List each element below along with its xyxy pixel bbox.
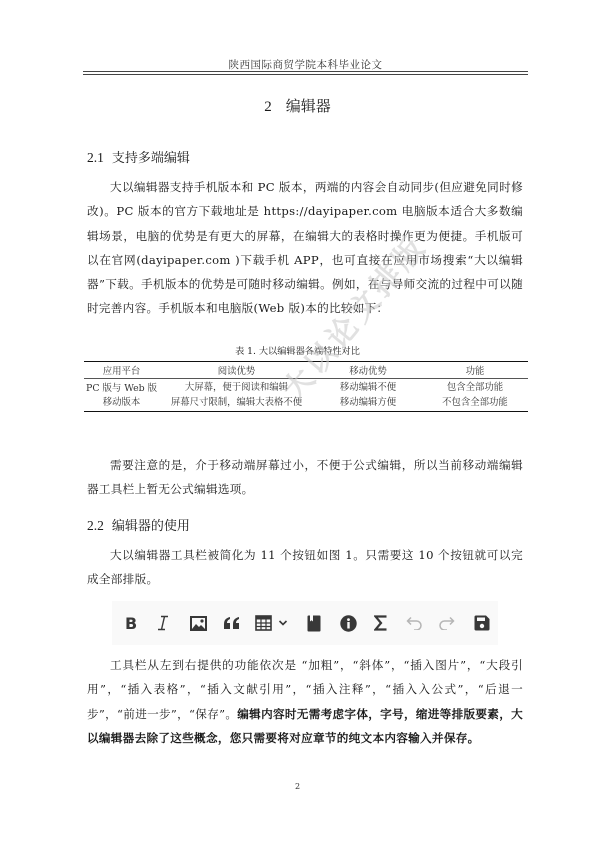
blockquote-button[interactable]	[219, 601, 245, 645]
quote-icon	[224, 617, 240, 629]
save-button[interactable]	[469, 601, 495, 645]
italic-icon	[156, 615, 170, 631]
table-cell: 不包含全部功能	[422, 396, 528, 412]
redo-button[interactable]	[433, 601, 459, 645]
svg-text:B: B	[125, 615, 137, 631]
table-cell: 大屏幕，便于阅读和编辑	[159, 379, 314, 397]
table-header-cell: 应用平台	[84, 362, 159, 379]
paragraph-toolbar-intro: 大以编辑器工具栏被简化为 11 个按钮如图 1。只需要这 10 个按钮就可以完成…	[87, 543, 523, 592]
table-cell: 移动编辑方便	[314, 396, 422, 412]
header-rule	[83, 71, 528, 75]
section-title-2-2: 2.2编辑器的使用	[87, 515, 190, 534]
info-icon	[340, 615, 357, 632]
table-icon	[255, 615, 272, 631]
table-cell: 屏幕尺寸限制，编辑大表格不便	[159, 396, 314, 412]
insert-table-button[interactable]	[251, 601, 291, 645]
table-row: PC 版与 Web 版 大屏幕，便于阅读和编辑 移动编辑不便 包含全部功能	[84, 379, 528, 397]
table-cell: PC 版与 Web 版	[84, 379, 159, 397]
section-number: 2.2	[87, 518, 104, 533]
sigma-icon	[374, 615, 388, 631]
table-header-cell: 功能	[422, 362, 528, 379]
chevron-down-icon	[278, 619, 288, 627]
table-cell: 移动版本	[84, 396, 159, 412]
table-header-row: 应用平台 阅读优势 移动优势 功能	[84, 362, 528, 379]
insert-formula-button[interactable]	[368, 601, 394, 645]
bold-button[interactable]: B	[118, 601, 144, 645]
editor-toolbar: B	[112, 601, 498, 645]
book-icon	[307, 615, 321, 632]
chapter-heading: 编辑器	[286, 97, 331, 115]
insert-note-button[interactable]	[335, 601, 361, 645]
bold-icon: B	[124, 615, 138, 631]
section-number: 2.1	[87, 150, 104, 165]
redo-icon	[438, 616, 455, 630]
paragraph-multi-device: 大以编辑器支持手机版本和 PC 版本，两端的内容会自动同步(但应避免同时修改)。…	[87, 175, 523, 321]
table-row: 移动版本 屏幕尺寸限制，编辑大表格不便 移动编辑方便 不包含全部功能	[84, 396, 528, 412]
section-title-2-1: 2.1支持多端编辑	[87, 147, 190, 166]
save-icon	[474, 615, 490, 631]
document-page: 陕西国际商贸学院本科毕业论文 2编辑器 2.1支持多端编辑 大以编辑器支持手机版…	[0, 0, 595, 842]
table-caption: 表 1. 大以编辑器各端特性对比	[0, 343, 595, 357]
section-heading: 支持多端编辑	[112, 151, 190, 166]
undo-button[interactable]	[401, 601, 427, 645]
italic-button[interactable]	[150, 601, 176, 645]
chapter-number: 2	[264, 99, 272, 115]
undo-icon	[406, 616, 423, 630]
table-header-cell: 阅读优势	[159, 362, 314, 379]
insert-image-button[interactable]	[185, 601, 211, 645]
running-header: 陕西国际商贸学院本科毕业论文	[83, 57, 528, 72]
section-heading: 编辑器的使用	[112, 519, 190, 534]
comparison-table: 应用平台 阅读优势 移动优势 功能 PC 版与 Web 版 大屏幕，便于阅读和编…	[84, 361, 528, 412]
table-cell: 包含全部功能	[422, 379, 528, 397]
page-number: 2	[0, 782, 595, 791]
table-header-cell: 移动优势	[314, 362, 422, 379]
insert-citation-button[interactable]	[301, 601, 327, 645]
table-cell: 移动编辑不便	[314, 379, 422, 397]
paragraph-mobile-note: 需要注意的是，介于移动端屏幕过小，不便于公式编辑，所以当前移动端编辑器工具栏上暂…	[87, 453, 523, 502]
chapter-title: 2编辑器	[0, 95, 595, 116]
paragraph-toolbar-functions: 工具栏从左到右提供的功能依次是 “加粗”，“斜体”，“插入图片”，“大段引用”，…	[87, 653, 523, 750]
image-icon	[190, 616, 207, 631]
